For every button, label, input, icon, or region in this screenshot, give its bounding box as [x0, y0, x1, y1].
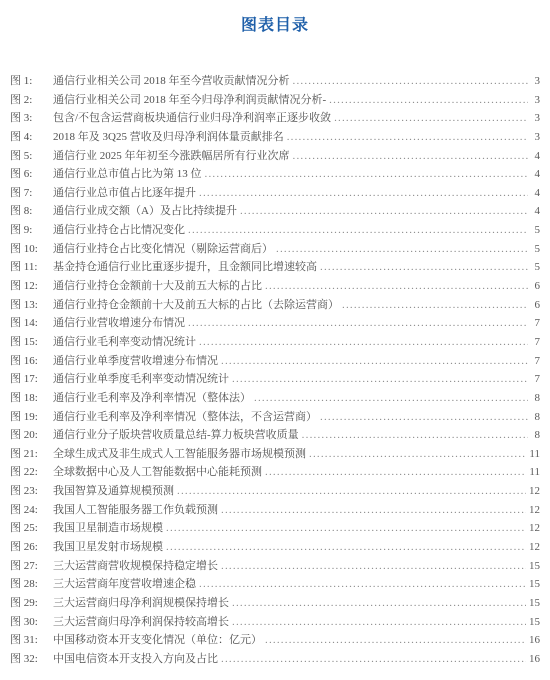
toc-leader-dots — [188, 221, 528, 240]
toc-entry-label: 图 26: — [10, 538, 53, 557]
toc-leader-dots — [199, 575, 526, 594]
toc-entry-title: 三大运营商归母净利润保持较高增长 — [53, 613, 232, 632]
toc-entry-page: 4 — [528, 202, 540, 221]
toc-leader-dots — [254, 389, 528, 408]
toc-leader-dots — [265, 463, 526, 482]
toc-entry[interactable]: 图 17:通信行业单季度毛利率变动情况统计7 — [10, 370, 540, 389]
toc-entry-page: 11 — [526, 463, 540, 482]
toc-entry-title: 我国卫星发射市场规模 — [53, 538, 166, 557]
toc-leader-dots — [265, 631, 526, 650]
toc-entry-label: 图 6: — [10, 165, 53, 184]
toc-entry-page: 4 — [528, 147, 540, 166]
toc-entry-label: 图 3: — [10, 109, 53, 128]
page-title: 图表目录 — [10, 12, 540, 35]
toc-leader-dots — [199, 184, 528, 203]
toc-leader-dots — [240, 202, 528, 221]
toc-leader-dots — [166, 519, 526, 538]
toc-entry-title: 三大运营商归母净利润规模保持增长 — [53, 594, 232, 613]
toc-entry-label: 图 24: — [10, 501, 53, 520]
toc-entry-page: 8 — [528, 408, 540, 427]
toc-leader-dots — [166, 538, 526, 557]
toc-entry[interactable]: 图 2:通信行业相关公司 2018 年至今归母净利润贡献情况分析-3 — [10, 91, 540, 110]
toc-entry[interactable]: 图 12:通信行业持仓金额前十大及前五大标的占比6 — [10, 277, 540, 296]
toc-entry-page: 4 — [528, 165, 540, 184]
toc-leader-dots — [232, 613, 526, 632]
toc-entry[interactable]: 图 29:三大运营商归母净利润规模保持增长15 — [10, 594, 540, 613]
toc-entry-title: 通信行业单季度毛利率变动情况统计 — [53, 370, 232, 389]
toc-entry[interactable]: 图 23:我国智算及通算规模预测12 — [10, 482, 540, 501]
toc-entry-page: 6 — [528, 296, 540, 315]
toc-entry[interactable]: 图 32:中国电信资本开支投入方向及占比16 — [10, 650, 540, 669]
toc-entry-title: 三大运营商营收规模保持稳定增长 — [53, 557, 221, 576]
toc-entry-page: 3 — [528, 128, 540, 147]
toc-leader-dots — [221, 352, 528, 371]
toc-entry-label: 图 5: — [10, 147, 53, 166]
toc-entry[interactable]: 图 28:三大运营商年度营收增速企稳15 — [10, 575, 540, 594]
toc-entry-page: 8 — [528, 389, 540, 408]
toc-entry[interactable]: 图 11:基金持仓通信行业比重逐步提升，且金额同比增速较高5 — [10, 258, 540, 277]
toc-entry-title: 通信行业单季度营收增速分布情况 — [53, 352, 221, 371]
toc-entry-title: 我国智算及通算规模预测 — [53, 482, 177, 501]
toc-entry-label: 图 2: — [10, 91, 53, 110]
toc-leader-dots — [177, 482, 526, 501]
toc-entry-label: 图 15: — [10, 333, 53, 352]
toc-entry-title: 2018 年及 3Q25 营收及归母净利润体量贡献排名 — [53, 128, 287, 147]
toc-leader-dots — [232, 594, 526, 613]
toc-leader-dots — [221, 557, 526, 576]
toc-entry-page: 11 — [526, 445, 540, 464]
toc-entry-page: 16 — [526, 631, 540, 650]
toc-entry-page: 15 — [526, 594, 540, 613]
toc-entry-title: 通信行业持仓占比变化情况（剔除运营商后） — [53, 240, 276, 259]
toc-leader-dots — [205, 165, 529, 184]
toc-leader-dots — [320, 258, 528, 277]
toc-entry-page: 7 — [528, 314, 540, 333]
toc-entry-page: 12 — [526, 501, 540, 520]
toc-entry-title: 通信行业持仓金额前十大及前五大标的占比 — [53, 277, 265, 296]
toc-entry-title: 通信行业 2025 年年初至今涨跌幅居所有行业次席 — [53, 147, 293, 166]
toc-entry-label: 图 32: — [10, 650, 53, 669]
toc-entry[interactable]: 图 25:我国卫星制造市场规模12 — [10, 519, 540, 538]
toc-entry-label: 图 4: — [10, 128, 53, 147]
toc-leader-dots — [342, 296, 528, 315]
toc-entry[interactable]: 图 8:通信行业成交额（A）及占比持续提升4 — [10, 202, 540, 221]
toc-entry[interactable]: 图 16:通信行业单季度营收增速分布情况7 — [10, 352, 540, 371]
toc-entry-label: 图 14: — [10, 314, 53, 333]
toc-entry-page: 8 — [528, 426, 540, 445]
toc-leader-dots — [309, 445, 526, 464]
toc-entry[interactable]: 图 27:三大运营商营收规模保持稳定增长15 — [10, 557, 540, 576]
toc-leader-dots — [276, 240, 528, 259]
toc-entry-label: 图 22: — [10, 463, 53, 482]
toc-entry-page: 6 — [528, 277, 540, 296]
toc-entry-title: 基金持仓通信行业比重逐步提升，且金额同比增速较高 — [53, 258, 320, 277]
toc-entry-label: 图 30: — [10, 613, 53, 632]
toc-entry-label: 图 19: — [10, 408, 53, 427]
toc-entry-page: 7 — [528, 370, 540, 389]
toc-entry-label: 图 10: — [10, 240, 53, 259]
toc-entry-title: 通信行业总市值占比为第 13 位 — [53, 165, 205, 184]
toc-entry[interactable]: 图 4:2018 年及 3Q25 营收及归母净利润体量贡献排名3 — [10, 128, 540, 147]
toc-entry[interactable]: 图 3:包含/不包含运营商板块通信行业归母净利润率正逐步收敛3 — [10, 109, 540, 128]
toc-entry-label: 图 25: — [10, 519, 53, 538]
toc-entry-page: 5 — [528, 240, 540, 259]
toc-entry[interactable]: 图 5:通信行业 2025 年年初至今涨跌幅居所有行业次席4 — [10, 147, 540, 166]
toc-entry-page: 15 — [526, 557, 540, 576]
toc-leader-dots — [188, 314, 528, 333]
toc-entry[interactable]: 图 7:通信行业总市值占比逐年提升4 — [10, 184, 540, 203]
toc-entry-page: 7 — [528, 352, 540, 371]
toc-leader-dots — [334, 109, 528, 128]
toc-entry-label: 图 28: — [10, 575, 53, 594]
toc-entry-label: 图 20: — [10, 426, 53, 445]
toc-entry-label: 图 8: — [10, 202, 53, 221]
toc-entry-label: 图 31: — [10, 631, 53, 650]
toc-entry-label: 图 27: — [10, 557, 53, 576]
toc-entry-label: 图 1: — [10, 72, 53, 91]
toc-entry[interactable]: 图 26:我国卫星发射市场规模12 — [10, 538, 540, 557]
toc-entry-page: 12 — [526, 519, 540, 538]
toc-entry[interactable]: 图 1:通信行业相关公司 2018 年至今营收贡献情况分析3 — [10, 72, 540, 91]
toc-entry-page: 3 — [528, 72, 540, 91]
toc-entry-title: 通信行业营收增速分布情况 — [53, 314, 188, 333]
toc-entry-page: 5 — [528, 221, 540, 240]
toc-entry[interactable]: 图 20:通信行业分子版块营收质量总结-算力板块营收质量8 — [10, 426, 540, 445]
toc-leader-dots — [221, 650, 526, 669]
toc-entry[interactable]: 图 21:全球生成式及非生成式人工智能服务器市场规模预测11 — [10, 445, 540, 464]
toc-entry[interactable]: 图 15:通信行业毛利率变动情况统计7 — [10, 333, 540, 352]
toc-entry-label: 图 11: — [10, 258, 53, 277]
toc-entry-page: 12 — [526, 482, 540, 501]
toc-entry[interactable]: 图 30:三大运营商归母净利润保持较高增长15 — [10, 613, 540, 632]
toc-entry-title: 通信行业持仓金额前十大及前五大标的占比（去除运营商） — [53, 296, 342, 315]
toc-entry-title: 三大运营商年度营收增速企稳 — [53, 575, 199, 594]
figure-toc-list: 图 1:通信行业相关公司 2018 年至今营收贡献情况分析3图 2:通信行业相关… — [10, 72, 540, 669]
toc-entry-label: 图 13: — [10, 296, 53, 315]
toc-entry-page: 4 — [528, 184, 540, 203]
toc-leader-dots — [320, 408, 528, 427]
toc-entry-label: 图 29: — [10, 594, 53, 613]
toc-entry[interactable]: 图 13:通信行业持仓金额前十大及前五大标的占比（去除运营商）6 — [10, 296, 540, 315]
toc-entry-title: 通信行业相关公司 2018 年至今归母净利润贡献情况分析- — [53, 91, 329, 110]
toc-entry-title: 全球数据中心及人工智能数据中心能耗预测 — [53, 463, 265, 482]
toc-leader-dots — [232, 370, 528, 389]
toc-entry-page: 15 — [526, 575, 540, 594]
toc-entry-title: 通信行业毛利率及净利率情况（整体法） — [53, 389, 254, 408]
toc-entry[interactable]: 图 22:全球数据中心及人工智能数据中心能耗预测11 — [10, 463, 540, 482]
toc-entry[interactable]: 图 14:通信行业营收增速分布情况7 — [10, 314, 540, 333]
toc-entry-label: 图 9: — [10, 221, 53, 240]
toc-entry-title: 全球生成式及非生成式人工智能服务器市场规模预测 — [53, 445, 309, 464]
toc-entry-page: 16 — [526, 650, 540, 669]
toc-leader-dots — [221, 501, 526, 520]
toc-entry-title: 我国人工智能服务器工作负载预测 — [53, 501, 221, 520]
toc-entry-title: 我国卫星制造市场规模 — [53, 519, 166, 538]
toc-entry-page: 3 — [528, 109, 540, 128]
toc-entry-title: 通信行业分子版块营收质量总结-算力板块营收质量 — [53, 426, 302, 445]
toc-leader-dots — [302, 426, 528, 445]
toc-entry[interactable]: 图 31:中国移动资本开支变化情况（单位：亿元）16 — [10, 631, 540, 650]
toc-entry[interactable]: 图 9:通信行业持仓占比情况变化5 — [10, 221, 540, 240]
toc-entry[interactable]: 图 10:通信行业持仓占比变化情况（剔除运营商后）5 — [10, 240, 540, 259]
toc-entry-title: 通信行业毛利率变动情况统计 — [53, 333, 199, 352]
toc-entry-label: 图 23: — [10, 482, 53, 501]
toc-leader-dots — [293, 72, 529, 91]
toc-entry-title: 通信行业毛利率及净利率情况（整体法，不含运营商） — [53, 408, 320, 427]
toc-leader-dots — [329, 91, 528, 110]
toc-entry-title: 通信行业相关公司 2018 年至今营收贡献情况分析 — [53, 72, 293, 91]
toc-entry[interactable]: 图 6:通信行业总市值占比为第 13 位4 — [10, 165, 540, 184]
toc-entry-page: 3 — [528, 91, 540, 110]
toc-entry-label: 图 7: — [10, 184, 53, 203]
toc-entry-label: 图 18: — [10, 389, 53, 408]
toc-entry[interactable]: 图 24:我国人工智能服务器工作负载预测12 — [10, 501, 540, 520]
toc-leader-dots — [287, 128, 528, 147]
toc-entry-label: 图 16: — [10, 352, 53, 371]
toc-leader-dots — [199, 333, 528, 352]
toc-entry-title: 通信行业成交额（A）及占比持续提升 — [53, 202, 240, 221]
toc-entry-title: 中国移动资本开支变化情况（单位：亿元） — [53, 631, 265, 650]
toc-leader-dots — [293, 147, 529, 166]
toc-entry-page: 15 — [526, 613, 540, 632]
toc-entry-page: 7 — [528, 333, 540, 352]
toc-entry-label: 图 17: — [10, 370, 53, 389]
toc-entry-label: 图 12: — [10, 277, 53, 296]
toc-entry[interactable]: 图 18:通信行业毛利率及净利率情况（整体法）8 — [10, 389, 540, 408]
toc-entry-title: 通信行业总市值占比逐年提升 — [53, 184, 199, 203]
toc-entry-title: 包含/不包含运营商板块通信行业归母净利润率正逐步收敛 — [53, 109, 334, 128]
toc-entry-page: 12 — [526, 538, 540, 557]
toc-entry-title: 通信行业持仓占比情况变化 — [53, 221, 188, 240]
document-page: 图表目录 图 1:通信行业相关公司 2018 年至今营收贡献情况分析3图 2:通… — [0, 0, 550, 680]
toc-entry-label: 图 21: — [10, 445, 53, 464]
toc-entry-page: 5 — [528, 258, 540, 277]
toc-entry-title: 中国电信资本开支投入方向及占比 — [53, 650, 221, 669]
toc-leader-dots — [265, 277, 528, 296]
toc-entry[interactable]: 图 19:通信行业毛利率及净利率情况（整体法，不含运营商）8 — [10, 408, 540, 427]
